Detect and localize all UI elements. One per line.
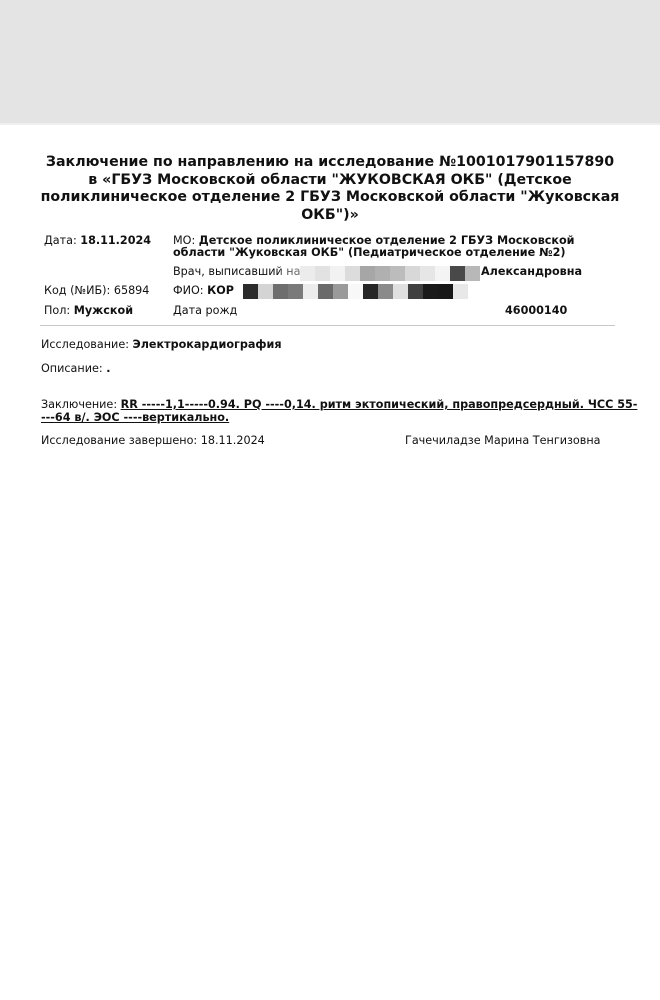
redaction-block [330, 266, 345, 281]
redaction-block [420, 266, 435, 281]
date-label: Дата: [44, 234, 80, 247]
redaction-block [315, 266, 330, 281]
completed-value: 18.11.2024 [201, 434, 265, 447]
header-divider [40, 325, 615, 326]
code-field: Код (№ИБ): 65894 [44, 284, 149, 298]
fio-label: ФИО: [173, 284, 207, 297]
redaction-block [465, 266, 480, 281]
redaction-block [258, 284, 273, 299]
redaction-block [273, 284, 288, 299]
redaction-block [450, 266, 465, 281]
redaction-block [345, 266, 360, 281]
redaction-block [318, 284, 333, 299]
study-value: Электрокардиография [133, 338, 282, 351]
study-label: Исследование: [41, 338, 133, 351]
redaction-block [438, 284, 453, 299]
redacted-doctor-name [300, 266, 480, 281]
birth-field-label: Дата рожд [173, 304, 237, 318]
conclusion-field: Заключение: RR -----1,1-----0.94. PQ ---… [41, 398, 637, 412]
birth-field-value: 46000140 [505, 304, 567, 318]
redaction-block [243, 284, 258, 299]
redaction-block [300, 266, 315, 281]
redaction-block [378, 284, 393, 299]
description-value: . [106, 362, 110, 375]
redacted-patient-name [243, 284, 468, 299]
date-field: Дата: 18.11.2024 [44, 234, 151, 248]
description-field: Описание: . [41, 362, 110, 376]
conclusion-line2: ---64 в/. ЭОС ----вертикально. [41, 411, 229, 425]
redaction-block [393, 284, 408, 299]
redaction-block [453, 284, 468, 299]
sex-field: Пол: Мужской [44, 304, 133, 318]
conclusion-line1: RR -----1,1-----0.94. PQ ----0,14. ритм … [121, 398, 638, 411]
redaction-block [375, 266, 390, 281]
redaction-block [423, 284, 438, 299]
description-label: Описание: [41, 362, 106, 375]
completed-label: Исследование завершено: [41, 434, 201, 447]
redaction-block [435, 266, 450, 281]
code-label: Код (№ИБ): [44, 284, 114, 297]
redaction-block [408, 284, 423, 299]
redaction-block [288, 284, 303, 299]
redaction-block [303, 284, 318, 299]
sex-value: Мужской [74, 304, 133, 317]
completed-field: Исследование завершено: 18.11.2024 [41, 434, 265, 448]
study-field: Исследование: Электрокардиография [41, 338, 282, 352]
sex-label: Пол: [44, 304, 74, 317]
conclusion-label: Заключение: [41, 398, 121, 411]
mo-value-line2: области "Жуковская ОКБ" (Педиатрическое … [173, 246, 566, 260]
redaction-block [363, 284, 378, 299]
doctor-signature: Гачечиладзе Марина Тенгизовна [405, 434, 601, 448]
redaction-block [348, 284, 363, 299]
top-bar-edge [0, 123, 660, 125]
redaction-block [390, 266, 405, 281]
redaction-block [360, 266, 375, 281]
referring-doctor-value: Александровна [481, 265, 582, 279]
redaction-block [405, 266, 420, 281]
top-gray-bar [0, 0, 660, 123]
fio-field: ФИО: КОР [173, 284, 234, 298]
fio-value: КОР [207, 284, 234, 297]
document-title: Заключение по направлению на исследовани… [40, 154, 620, 224]
code-value: 65894 [114, 284, 150, 297]
redaction-block [333, 284, 348, 299]
date-value: 18.11.2024 [80, 234, 151, 247]
